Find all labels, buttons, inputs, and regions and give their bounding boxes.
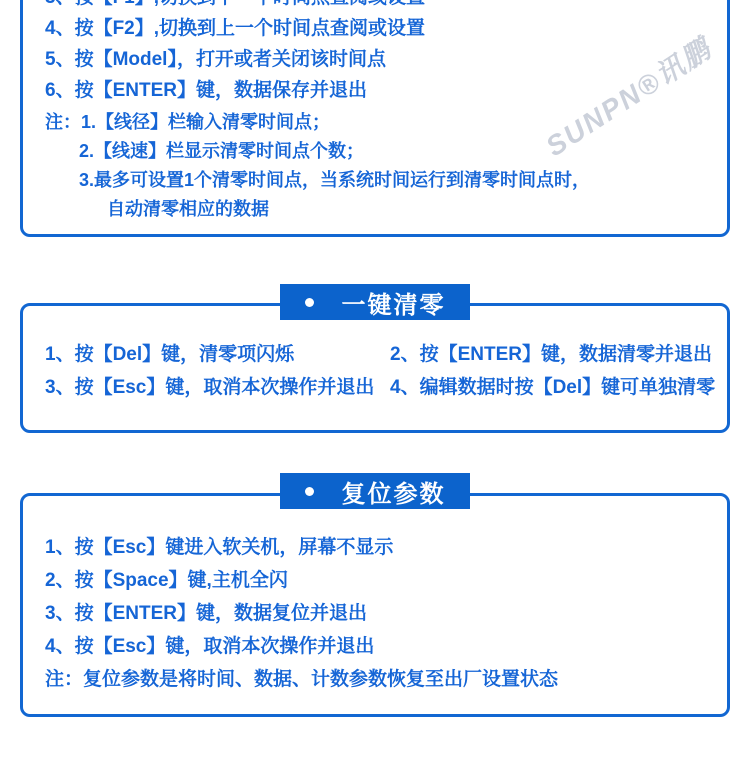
reset-item-3: 3、按【ENTER】键，数据复位并退出 <box>45 598 727 629</box>
instruction-line-5: 5、按【Model】，打开或者关闭该时间点 <box>45 44 727 75</box>
section-one-key-clear-box: 1、按【Del】键，清零项闪烁 2、按【ENTER】键，数据清零并退出 3、按【… <box>20 303 730 433</box>
section-title-one-key-clear: 一键清零 <box>342 285 446 320</box>
section-reset-params-box: 1、按【Esc】键进入软关机，屏幕不显示 2、按【Space】键,主机全闪 3、… <box>20 493 730 717</box>
note-row-3: 3.最多可设置1个清零时间点，当系统时间运行到清零时间点时， <box>45 166 727 195</box>
section-header-one-key-clear: 一键清零 <box>280 284 470 320</box>
timed-clear-notes: 注： 1.【线径】栏输入清零时间点； 2.【线速】栏显示清零时间点个数； 3.最… <box>45 108 727 224</box>
reset-item-1: 1、按【Esc】键进入软关机，屏幕不显示 <box>45 532 727 563</box>
one-key-clear-content: 1、按【Del】键，清零项闪烁 2、按【ENTER】键，数据清零并退出 3、按【… <box>23 306 727 403</box>
instruction-line-6: 6、按【ENTER】键，数据保存并退出 <box>45 75 727 106</box>
one-key-item-4: 4、编辑数据时按【Del】键可单独清零 <box>390 372 727 403</box>
note-row-2: 2.【线速】栏显示清零时间点个数； <box>45 137 727 166</box>
instruction-line-4: 4、按【F2】,切换到上一个时间点查阅或设置 <box>45 13 727 44</box>
reset-note: 注：复位参数是将时间、数据、计数参数恢复至出厂设置状态 <box>45 664 727 695</box>
one-key-item-1: 1、按【Del】键，清零项闪烁 <box>45 339 390 370</box>
bullet-icon <box>305 298 314 307</box>
note-row-3-wrap: 自动清零相应的数据 <box>45 195 727 224</box>
reset-item-4: 4、按【Esc】键，取消本次操作并退出 <box>45 631 727 662</box>
reset-params-content: 1、按【Esc】键进入软关机，屏幕不显示 2、按【Space】键,主机全闪 3、… <box>23 496 727 695</box>
note-label: 注： <box>45 108 81 137</box>
section-title-reset-params: 复位参数 <box>342 474 446 509</box>
note-item-1: 1.【线径】栏输入清零时间点； <box>81 108 330 137</box>
one-key-item-3: 3、按【Esc】键，取消本次操作并退出 <box>45 372 390 403</box>
instruction-line-3: 3、按【F1】,切换到下一个时间点查阅或设置 <box>45 0 727 13</box>
reset-item-2: 2、按【Space】键,主机全闪 <box>45 565 727 596</box>
bullet-icon <box>305 487 314 496</box>
section-header-reset-params: 复位参数 <box>280 473 470 509</box>
timed-clear-content: 3、按【F1】,切换到下一个时间点查阅或设置 4、按【F2】,切换到上一个时间点… <box>23 0 727 224</box>
note-row-1: 注： 1.【线径】栏输入清零时间点； <box>45 108 727 137</box>
manual-page: SUNPN®讯鹏 3、按【F1】,切换到下一个时间点查阅或设置 4、按【F2】,… <box>0 0 750 780</box>
section-timed-clear-box: 3、按【F1】,切换到下一个时间点查阅或设置 4、按【F2】,切换到上一个时间点… <box>20 0 730 237</box>
one-key-item-2: 2、按【ENTER】键，数据清零并退出 <box>390 339 727 370</box>
